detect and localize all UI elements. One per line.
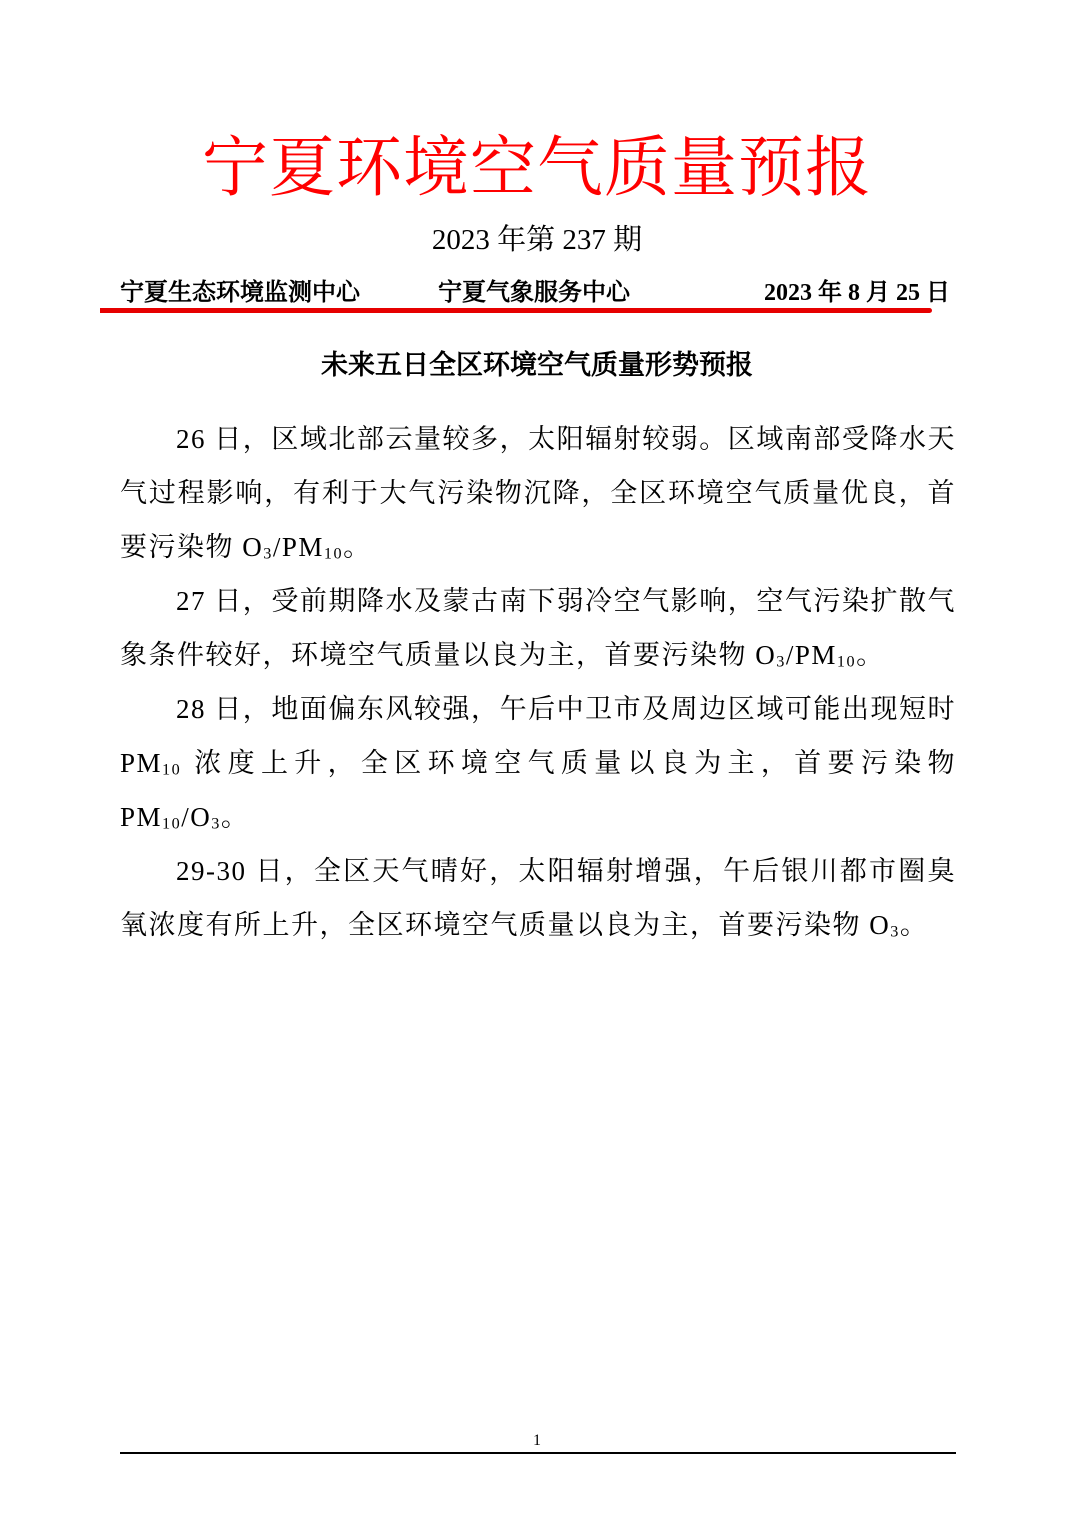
subscript: 3 xyxy=(776,652,786,670)
subscript: 10 xyxy=(162,814,181,832)
page-number: 1 xyxy=(0,1432,1074,1450)
publisher-meteorological-center: 宁夏气象服务中心 xyxy=(438,276,630,310)
publish-date: 2023 年 8 月 25 日 xyxy=(764,276,950,310)
subscript: 3 xyxy=(263,544,273,562)
subscript: 10 xyxy=(162,760,181,778)
subscript: 3 xyxy=(890,922,900,940)
forecast-paragraph: 27 日，受前期降水及蒙古南下弱冷空气影响，空气污染扩散气象条件较好，环境空气质… xyxy=(120,574,956,682)
subscript: 3 xyxy=(211,814,221,832)
footer-divider xyxy=(120,1452,956,1454)
publisher-monitoring-center: 宁夏生态环境监测中心 xyxy=(120,276,360,310)
red-divider xyxy=(100,308,932,313)
forecast-paragraph: 28 日，地面偏东风较强，午后中卫市及周边区域可能出现短时 PM10 浓度上升，… xyxy=(120,682,956,844)
subscript: 10 xyxy=(324,544,343,562)
publisher-row: 宁夏生态环境监测中心 宁夏气象服务中心 2023 年 8 月 25 日 xyxy=(120,276,950,310)
document-page: 宁夏环境空气质量预报 2023 年第 237 期 宁夏生态环境监测中心 宁夏气象… xyxy=(0,0,1074,1520)
forecast-paragraph: 26 日，区域北部云量较多，太阳辐射较弱。区域南部受降水天气过程影响，有利于大气… xyxy=(120,412,956,574)
forecast-paragraph: 29-30 日，全区天气晴好，太阳辐射增强，午后银川都市圈臭氧浓度有所上升，全区… xyxy=(120,844,956,952)
subscript: 10 xyxy=(837,652,856,670)
issue-number: 2023 年第 237 期 xyxy=(0,220,1074,260)
section-heading: 未来五日全区环境空气质量形势预报 xyxy=(0,345,1074,385)
masthead-title: 宁夏环境空气质量预报 xyxy=(0,128,1074,208)
forecast-body: 26 日，区域北部云量较多，太阳辐射较弱。区域南部受降水天气过程影响，有利于大气… xyxy=(120,412,956,952)
